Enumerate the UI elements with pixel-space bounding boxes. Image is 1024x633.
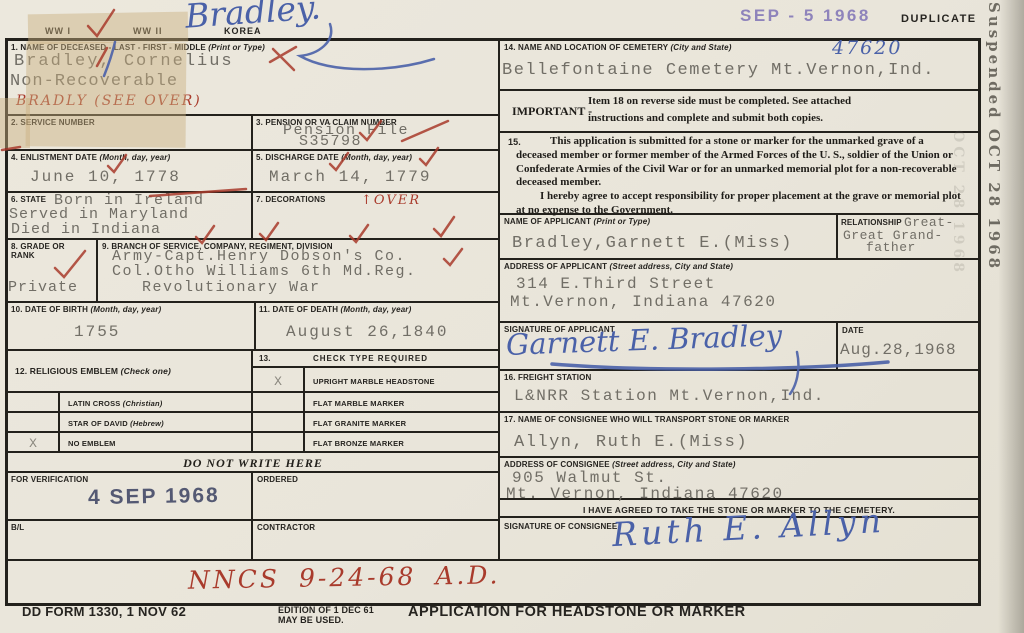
box5-discharge-date: 5. DISCHARGE DATE (Month, day, year) Mar…	[253, 151, 500, 193]
latin-cross-label: LATIN CROSS	[68, 399, 120, 408]
box13-title: CHECK TYPE REQUIRED	[313, 354, 428, 363]
pension-number-typed: S35798	[299, 133, 362, 150]
for-verification-box: FOR VERIFICATION 4 SEP 1968	[8, 473, 253, 521]
box17-consignee-name: 17. NAME OF CONSIGNEE WHO WILL TRANSPORT…	[500, 413, 978, 458]
state-line3-typed: Died in Indiana	[11, 221, 161, 238]
bottom-strip: NNCS 9-24-68 A.D.	[8, 561, 972, 603]
box4-enlistment-date: 4. ENLISTMENT DATE (Month, day, year) Ju…	[8, 151, 253, 193]
consignee-address-label: ADDRESS OF CONSIGNEE	[504, 460, 610, 469]
box16-label: 16. FREIGHT STATION	[504, 373, 591, 382]
box8-label: 8. GRADE OR RANK	[11, 242, 83, 260]
box12-religious-emblem-header: 12. RELIGIOUS EMBLEM (Check one)	[8, 351, 253, 393]
box15-certification: 15. This application is submitted for a …	[500, 133, 978, 215]
decorations-over-note: ↑OVER	[361, 193, 421, 208]
applicant-address-line2-typed: Mt.Vernon, Indiana 47620	[510, 293, 776, 311]
applicant-signature-box: SIGNATURE OF APPLICANT Garnett E. Bradle…	[500, 323, 838, 371]
box15-paragraph1: This application is submitted for a ston…	[516, 135, 966, 190]
box12-label-note: (Check one)	[121, 366, 171, 376]
branch-line2-typed: Col.Otho Williams 6th Md.Reg.	[112, 263, 417, 280]
edition-note-line2: MAY BE USED.	[278, 615, 344, 625]
box4-label: 4. ENLISTMENT DATE	[11, 153, 97, 162]
box9-branch-of-service: 9. BRANCH OF SERVICE, COMPANY, REGIMENT,…	[98, 240, 500, 303]
form-number: DD FORM 1330, 1 NOV 62	[22, 605, 186, 620]
form-title: APPLICATION FOR HEADSTONE OR MARKER	[408, 604, 746, 621]
box10-label-note: (Month, day, year)	[90, 305, 161, 314]
box10-date-of-birth: 10. DATE OF BIRTH (Month, day, year) 175…	[8, 303, 256, 351]
do-not-write-label: DO NOT WRITE HERE	[183, 456, 323, 470]
box14-label: 14. NAME AND LOCATION OF CEMETERY	[504, 43, 668, 52]
box15-paragraph2: I hereby agree to accept responsibility …	[516, 190, 966, 218]
received-date-stamp: SEP - 5 1968	[740, 6, 871, 26]
enlistment-date-typed: June 10, 1778	[30, 168, 181, 186]
box12-label: 12. RELIGIOUS EMBLEM	[15, 366, 118, 376]
box11-label-note: (Month, day, year)	[341, 305, 412, 314]
emblem-row-star-of-david: STAR OF DAVID (Hebrew)	[8, 413, 253, 433]
discharge-date-typed: March 14, 1779	[269, 168, 431, 186]
type-row-upright-marble: X UPRIGHT MARBLE HEADSTONE	[253, 368, 500, 393]
box7-decorations: 7. DECORATIONS ↑OVER	[253, 193, 500, 240]
box13-check-type-header: 13. CHECK TYPE REQUIRED	[253, 351, 500, 368]
box6-state: 6. STATE Born in Ireland Served in Maryl…	[8, 193, 253, 240]
latin-cross-note: (Christian)	[123, 399, 163, 408]
upright-marble-label: UPRIGHT MARBLE HEADSTONE	[313, 377, 435, 386]
star-of-david-label: STAR OF DAVID	[68, 419, 128, 428]
important-label: IMPORTANT -	[512, 104, 592, 119]
upright-marble-checkbox: X	[253, 368, 305, 391]
cemetery-typed: Bellefontaine Cemetery Mt.Vernon,Ind.	[502, 61, 935, 80]
war-label-ww2: WW II	[133, 26, 163, 36]
contractor-box: CONTRACTOR	[253, 521, 500, 561]
flat-granite-checkbox	[253, 413, 305, 431]
flat-marble-label: FLAT MARBLE MARKER	[313, 399, 404, 408]
date-label: DATE	[842, 326, 864, 335]
box2-label: 2. SERVICE NUMBER	[11, 118, 95, 127]
deceased-name-typed: Bradley, Cornelius	[14, 52, 234, 71]
nncs-red-note: NNCS 9-24-68 A.D.	[188, 560, 501, 594]
ordered-label: ORDERED	[257, 475, 298, 484]
important-line2: instructions and complete and submit bot…	[588, 112, 823, 124]
type-row-flat-granite: FLAT GRANITE MARKER	[253, 413, 500, 433]
suspended-stamp: Suspended OCT 28 1968	[985, 2, 1003, 282]
branch-line3-typed: Revolutionary War	[142, 279, 321, 296]
applicant-name-label: NAME OF APPLICANT	[504, 217, 591, 226]
applicant-address-line1-typed: 314 E.Third Street	[516, 275, 716, 293]
star-of-david-note: (Hebrew)	[130, 419, 164, 428]
box13-number: 13.	[259, 354, 271, 363]
consignee-address-label-note: (Street address, City and State)	[612, 460, 736, 469]
type-row-flat-bronze: FLAT BRONZE MARKER	[253, 433, 500, 453]
duplicate-label: DUPLICATE	[901, 13, 977, 26]
relationship-label: RELATIONSHIP	[841, 218, 902, 227]
deceased-nonrecoverable-typed: Non-Recoverable	[10, 72, 178, 91]
applicant-name-typed: Bradley,Garnett E.(Miss)	[512, 234, 793, 253]
contractor-label: CONTRACTOR	[257, 523, 315, 532]
applicant-name-box: NAME OF APPLICANT (Print or Type) Bradle…	[500, 215, 838, 260]
box1-name-of-deceased: 1. NAME OF DECEASED - LAST - FIRST - MID…	[8, 41, 500, 116]
bleed-through-stamp: OCT 28 1968	[950, 130, 966, 360]
flat-granite-label: FLAT GRANITE MARKER	[313, 419, 406, 428]
bl-box: B/L	[8, 521, 253, 561]
bl-label: B/L	[11, 523, 24, 532]
important-line1: Item 18 on reverse side must be complete…	[588, 95, 851, 107]
consignee-signature-label: SIGNATURE OF CONSIGNEE	[504, 522, 617, 531]
box11-label: 11. DATE OF DEATH	[259, 305, 338, 314]
box7-label: 7. DECORATIONS	[256, 195, 326, 204]
death-date-typed: August 26,1840	[286, 323, 448, 341]
scanned-form-page: WW I WW II KOREA Bradley. SEP - 5 1968 D…	[0, 0, 1024, 633]
box3-pension-number: 3. PENSION OR VA CLAIM NUMBER Pension Fi…	[253, 116, 500, 151]
consignee-address-box: ADDRESS OF CONSIGNEE (Street address, Ci…	[500, 458, 978, 500]
flat-bronze-label: FLAT BRONZE MARKER	[313, 439, 404, 448]
box14-cemetery: 14. NAME AND LOCATION OF CEMETERY (City …	[500, 41, 978, 91]
box2-service-number: 2. SERVICE NUMBER	[8, 116, 253, 151]
applicant-address-label: ADDRESS OF APPLICANT	[504, 262, 607, 271]
birth-date-typed: 1755	[74, 323, 120, 341]
cemetery-zip-handwritten: 47620	[832, 37, 902, 59]
emblem-row-no-emblem: X NO EMBLEM	[8, 433, 253, 453]
consignee-signature-box: SIGNATURE OF CONSIGNEE Ruth E. Allyn	[500, 518, 978, 561]
applicant-address-label-note: (Street address, City and State)	[610, 262, 734, 271]
latin-cross-checkbox	[8, 393, 60, 411]
box1-label: 1. NAME OF DECEASED - LAST - FIRST - MID…	[11, 43, 206, 52]
do-not-write-bar: DO NOT WRITE HERE	[8, 453, 500, 473]
type-row-flat-marble: FLAT MARBLE MARKER	[253, 393, 500, 413]
star-of-david-checkbox	[8, 413, 60, 431]
date-typed: Aug.28,1968	[840, 341, 957, 359]
important-note-box: IMPORTANT - Item 18 on reverse side must…	[500, 91, 978, 133]
emblem-row-latin-cross: LATIN CROSS (Christian)	[8, 393, 253, 413]
box4-label-note: (Month, day, year)	[100, 153, 171, 162]
verification-date-stamp: 4 SEP 1968	[88, 484, 220, 510]
box14-label-note: (City and State)	[670, 43, 731, 52]
handwritten-surname: Bradley.	[184, 0, 322, 36]
relationship-line3-typed: father	[866, 240, 916, 255]
no-emblem-label: NO EMBLEM	[68, 439, 116, 448]
box8-grade-or-rank: 8. GRADE OR RANK Private	[8, 240, 98, 303]
for-verification-label: FOR VERIFICATION	[11, 475, 88, 484]
box16-freight-station: 16. FREIGHT STATION L&NRR Station Mt.Ver…	[500, 371, 978, 413]
applicant-address-box: ADDRESS OF APPLICANT (Street address, Ci…	[500, 260, 978, 323]
ordered-box: ORDERED	[253, 473, 500, 521]
freight-station-typed: L&NRR Station Mt.Vernon,Ind.	[514, 387, 825, 405]
box1-label-note: (Print or Type)	[208, 43, 265, 52]
no-emblem-checkbox: X	[8, 433, 60, 451]
box5-label-note: (Month, day, year)	[341, 153, 412, 162]
war-label-ww1: WW I	[45, 26, 71, 36]
flat-bronze-checkbox	[253, 433, 305, 451]
box11-date-of-death: 11. DATE OF DEATH (Month, day, year) Aug…	[256, 303, 500, 351]
box17-label: 17. NAME OF CONSIGNEE WHO WILL TRANSPORT…	[504, 415, 789, 424]
form-grid: 1. NAME OF DECEASED - LAST - FIRST - MID…	[5, 38, 981, 606]
edition-note-line1: EDITION OF 1 DEC 61	[278, 605, 374, 615]
box5-label: 5. DISCHARGE DATE	[256, 153, 339, 162]
box6-label: 6. STATE	[11, 195, 46, 204]
consignee-name-typed: Allyn, Ruth E.(Miss)	[514, 433, 748, 452]
bradly-see-over-note: BRADLY (SEE OVER)	[16, 93, 202, 109]
flat-marble-checkbox	[253, 393, 305, 411]
box10-label: 10. DATE OF BIRTH	[11, 305, 88, 314]
applicant-name-label-note: (Print or Type)	[594, 217, 651, 226]
rank-typed: Private	[8, 279, 78, 296]
